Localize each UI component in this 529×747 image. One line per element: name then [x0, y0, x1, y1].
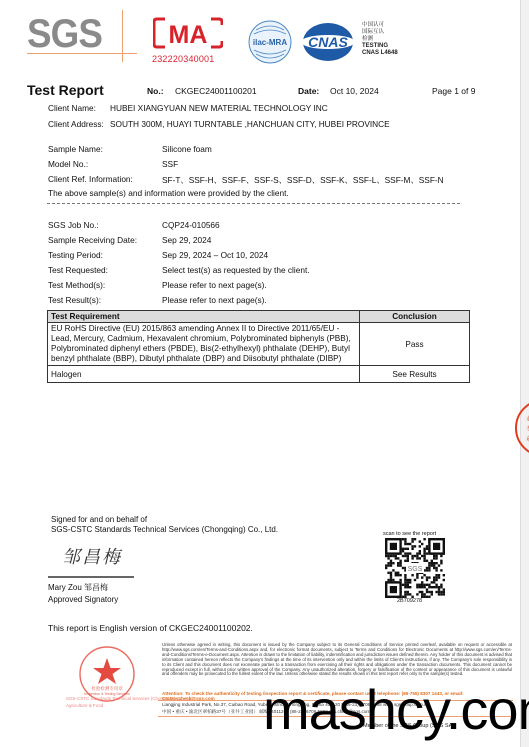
- qr-code-icon[interactable]: SGS: [385, 538, 445, 598]
- job-field-value: Sep 29, 2024: [162, 235, 211, 245]
- job-field-label: Test Method(s):: [48, 280, 105, 290]
- conclusion-cell: Pass: [360, 323, 470, 366]
- svg-text:MA: MA: [169, 21, 208, 49]
- watermark: mashcy.com: [263, 677, 529, 742]
- logo-divider: [27, 53, 137, 54]
- logo-divider: [122, 10, 123, 62]
- client-address-label: Client Address:: [48, 119, 104, 129]
- qr-caption: scan to see the report: [383, 531, 436, 537]
- model-value: SSF: [162, 159, 178, 169]
- signed-on-behalf: Signed for and on behalf of SGS-CSTC Sta…: [51, 515, 278, 535]
- job-field-label: SGS Job No.:: [48, 220, 99, 230]
- side-stamp-icon: 业 专 章: [512, 393, 529, 463]
- job-field-label: Test Requested:: [48, 265, 108, 275]
- date-label: Date:: [298, 86, 319, 96]
- table-header-row: Test Requirement Conclusion: [48, 311, 470, 323]
- handwritten-signature: 邹昌梅: [62, 543, 122, 569]
- column-header-requirement: Test Requirement: [48, 311, 360, 323]
- sgs-logo: SGS: [27, 12, 102, 57]
- client-ref-value: SF-T、SSF-H、SSF-F、SSF-S、SSF-D、SSF-K、SSF-L…: [162, 174, 444, 186]
- svg-text:SGS: SGS: [408, 566, 423, 573]
- dashed-divider: [47, 203, 460, 204]
- job-field-label: Sample Receiving Date:: [48, 235, 137, 245]
- svg-text:检验检测专用章: 检验检测专用章: [91, 685, 123, 692]
- cma-logo-icon: MA: [153, 17, 223, 49]
- qr-code-number: 2B709278: [397, 598, 422, 604]
- signatory-role: Approved Signatory: [48, 594, 118, 606]
- client-address-value: SOUTH 300M, HUAYI TURNTABLE ,HANCHUAN CI…: [110, 119, 390, 129]
- job-field-label: Testing Period:: [48, 250, 103, 260]
- sample-name-label: Sample Name:: [48, 144, 103, 154]
- scrollbar[interactable]: [520, 0, 529, 747]
- cma-number: 232220340001: [152, 54, 214, 64]
- ilac-mra-logo-icon: ilac-MRA: [248, 20, 292, 64]
- job-field-value: Sep 29, 2024 – Oct 10, 2024: [162, 250, 268, 260]
- test-requirements-table: Test Requirement Conclusion EU RoHS Dire…: [47, 310, 470, 383]
- job-field-value: CQP24-010566: [162, 220, 220, 230]
- signatory-name: Mary Zou 邹昌梅: [48, 582, 118, 594]
- report-number-label: No.:: [147, 86, 164, 96]
- report-date: Oct 10, 2024: [330, 86, 379, 96]
- client-ref-label: Client Ref. Information:: [48, 174, 133, 184]
- cnas-logo-icon: CNAS: [301, 22, 355, 62]
- page-title: Test Report: [27, 82, 104, 98]
- job-field-value: Please refer to next page(s).: [162, 280, 267, 290]
- table-row: Halogen See Results: [48, 366, 470, 383]
- client-name-value: HUBEI XIANGYUAN NEW MATERIAL TECHNOLOGY …: [110, 103, 328, 113]
- job-field-value: Select test(s) as requested by the clien…: [162, 265, 310, 275]
- job-field-label: Test Result(s):: [48, 295, 101, 305]
- client-name-label: Client Name:: [48, 103, 96, 113]
- svg-text:ilac-MRA: ilac-MRA: [253, 38, 287, 47]
- conclusion-cell: See Results: [360, 366, 470, 383]
- sample-name-value: Silicone foam: [162, 144, 212, 154]
- requirement-cell: Halogen: [48, 366, 360, 383]
- requirement-cell: EU RoHS Directive (EU) 2015/863 amending…: [48, 323, 360, 366]
- legal-disclaimer: Unless otherwise agreed in writing, this…: [162, 643, 512, 677]
- svg-text:CNAS: CNAS: [308, 34, 348, 50]
- signatory: Mary Zou 邹昌梅 Approved Signatory: [48, 582, 118, 606]
- page-indicator: Page 1 of 9: [432, 86, 475, 96]
- job-field-value: Please refer to next page(s).: [162, 295, 267, 305]
- table-row: EU RoHS Directive (EU) 2015/863 amending…: [48, 323, 470, 366]
- signature-line: [48, 576, 134, 578]
- cnas-accreditation-text: 中国认可 国际互认 检测 TESTING CNAS L4648: [362, 22, 398, 57]
- english-version-note: This report is English version of CKGEC2…: [48, 623, 253, 633]
- column-header-conclusion: Conclusion: [360, 311, 470, 323]
- report-number: CKGEC24001100201: [175, 86, 257, 96]
- seal-division-line: Agriculture & Food: [66, 703, 103, 708]
- model-label: Model No.:: [48, 159, 88, 169]
- sample-note: The above sample(s) and information were…: [48, 188, 289, 198]
